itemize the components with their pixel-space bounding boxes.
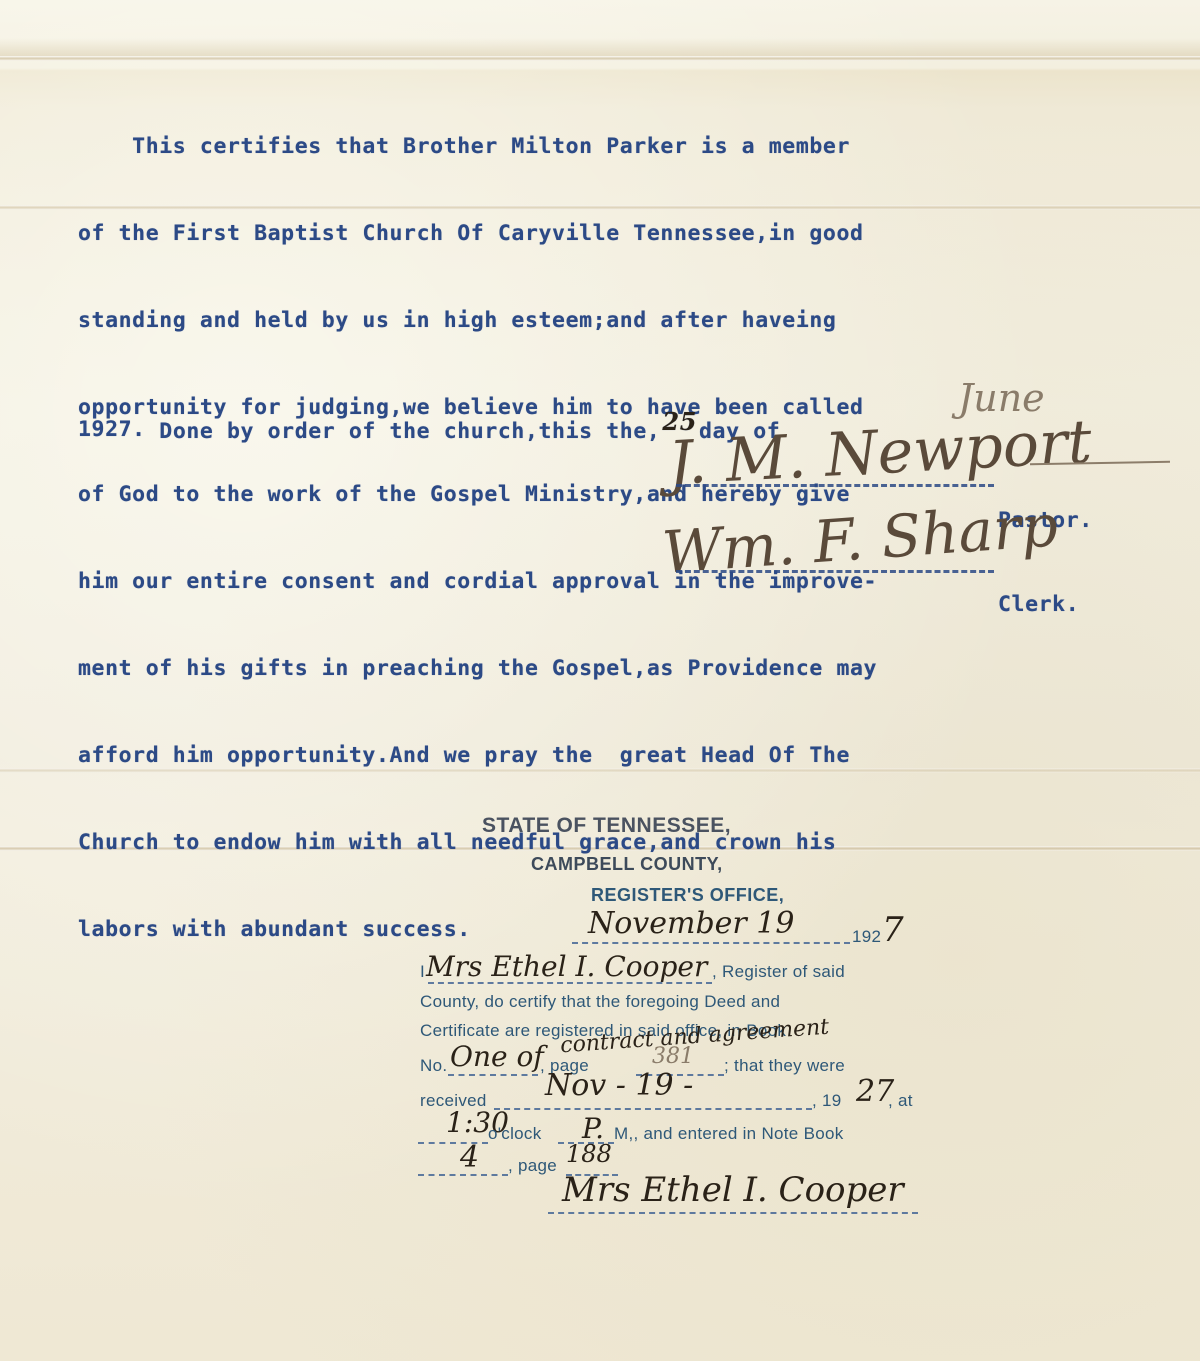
- register-name-underline: [428, 982, 712, 984]
- handwritten-register-date: November 19: [588, 906, 794, 941]
- register-signature: Mrs Ethel I. Cooper: [562, 1170, 904, 1210]
- body-line: This certifies that Brother Milton Parke…: [78, 132, 877, 161]
- date-underline: [572, 942, 850, 944]
- received-at-label: , at: [888, 1091, 913, 1111]
- body-line: ment of his gifts in preaching the Gospe…: [78, 654, 877, 683]
- body-line: afford him opportunity.And we pray the g…: [78, 741, 877, 770]
- handwritten-year: 7: [882, 910, 904, 950]
- county-heading: CAMPBELL COUNTY,: [531, 854, 723, 875]
- handwritten-note-book: 4: [460, 1140, 479, 1175]
- register-signature-line: [548, 1212, 918, 1214]
- handwritten-book-number: One of: [450, 1040, 544, 1073]
- entered-label: M,, and entered in Note Book: [614, 1124, 844, 1144]
- register-prefix: I: [420, 962, 425, 982]
- note-page-label: , page: [508, 1156, 557, 1176]
- clerk-signature-line: [676, 570, 994, 573]
- handwritten-note-page: 188: [566, 1140, 612, 1168]
- body-line: of the First Baptist Church Of Caryville…: [78, 219, 877, 248]
- book-prefix: No.: [420, 1056, 447, 1076]
- handwritten-register-name: Mrs Ethel I. Cooper: [426, 950, 707, 983]
- body-line: Church to endow him with all needful gra…: [78, 828, 877, 857]
- done-prefix: Done by order of the church,this the,: [105, 419, 660, 444]
- book-underline: [448, 1074, 538, 1076]
- register-suffix: , Register of said: [712, 962, 845, 982]
- state-heading: STATE OF TENNESSEE,: [482, 814, 731, 838]
- office-heading: REGISTER'S OFFICE,: [591, 885, 784, 906]
- received-year-prefix: , 19: [812, 1091, 842, 1111]
- handwritten-page: 381: [652, 1044, 694, 1069]
- body-line: standing and held by us in high esteem;a…: [78, 306, 877, 335]
- clerk-title: Clerk.: [998, 590, 1079, 619]
- handwritten-received-date: Nov - 19 -: [545, 1068, 693, 1103]
- received-underline: [494, 1108, 812, 1110]
- certify-line-1: County, do certify that the foregoing De…: [420, 992, 780, 1012]
- oclock-label: o'clock: [488, 1124, 542, 1144]
- year-prefix: 192: [852, 927, 881, 947]
- fold-line-top: [0, 56, 1200, 61]
- top-edge-shadow: [0, 38, 1200, 56]
- year-line: 1927.: [78, 415, 146, 444]
- they-were-label: ; that they were: [724, 1056, 845, 1076]
- note-book-underline: [418, 1174, 508, 1176]
- pastor-signature-line: [676, 484, 994, 487]
